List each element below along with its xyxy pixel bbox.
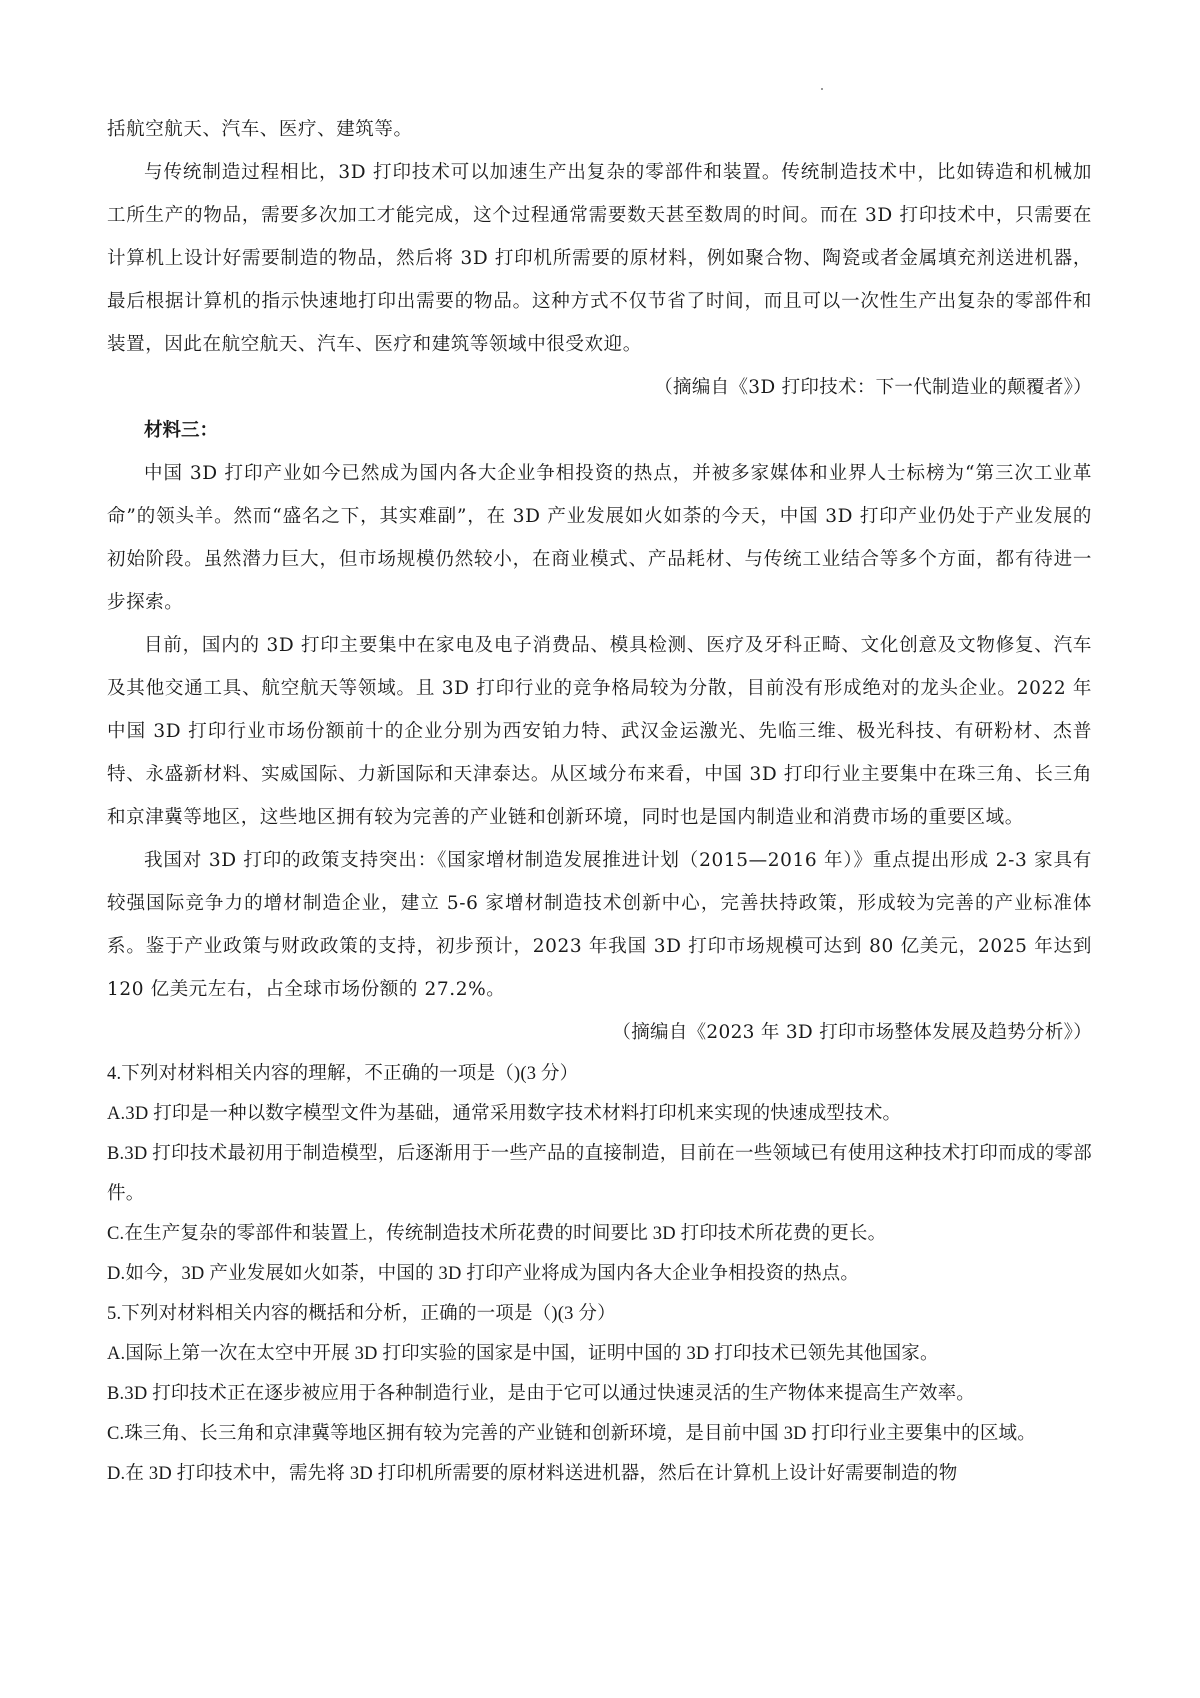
question-4-option-c: C.在生产复杂的零部件和装置上，传统制造技术所花费的时间要比 3D 打印技术所花…: [107, 1214, 1092, 1254]
material3-paragraph-2: 目前，国内的 3D 打印主要集中在家电及电子消费品、模具检测、医疗及牙科正畸、文…: [107, 624, 1092, 839]
document-page: 括航空航天、汽车、医疗、建筑等。 与传统制造过程相比，3D 打印技术可以加速生产…: [107, 108, 1092, 1494]
question-4-option-b: B.3D 打印技术最初用于制造模型，后逐渐用于一些产品的直接制造，目前在一些领域…: [107, 1134, 1092, 1214]
question-4-stem: 4.下列对材料相关内容的理解，不正确的一项是（)(3 分）: [107, 1054, 1092, 1094]
material2-continuation-line: 括航空航天、汽车、医疗、建筑等。: [107, 108, 1092, 151]
question-4: 4.下列对材料相关内容的理解，不正确的一项是（)(3 分） A.3D 打印是一种…: [107, 1054, 1092, 1294]
question-5-option-c: C.珠三角、长三角和京津冀等地区拥有较为完善的产业链和创新环境，是目前中国 3D…: [107, 1414, 1092, 1454]
question-4-option-d: D.如今，3D 产业发展如火如荼，中国的 3D 打印产业将成为国内各大企业争相投…: [107, 1254, 1092, 1294]
scan-speck: [821, 88, 823, 90]
question-5-option-d: D.在 3D 打印技术中，需先将 3D 打印机所需要的原材料送进机器，然后在计算…: [107, 1454, 1092, 1494]
question-5: 5.下列对材料相关内容的概括和分析，正确的一项是（)(3 分） A.国际上第一次…: [107, 1294, 1092, 1494]
material3-source-citation: （摘编自《2023 年 3D 打印市场整体发展及趋势分析》）: [107, 1011, 1092, 1054]
material3-paragraph-3: 我国对 3D 打印的政策支持突出：《国家增材制造发展推进计划（2015—2016…: [107, 839, 1092, 1011]
material2-paragraph: 与传统制造过程相比，3D 打印技术可以加速生产出复杂的零部件和装置。传统制造技术…: [107, 151, 1092, 366]
question-5-stem: 5.下列对材料相关内容的概括和分析，正确的一项是（)(3 分）: [107, 1294, 1092, 1334]
material2-source-citation: （摘编自《3D 打印技术：下一代制造业的颠覆者》）: [107, 366, 1092, 409]
question-4-option-a: A.3D 打印是一种以数字模型文件为基础，通常采用数字技术材料打印机来实现的快速…: [107, 1094, 1092, 1134]
question-5-option-b: B.3D 打印技术正在逐步被应用于各种制造行业，是由于它可以通过快速灵活的生产物…: [107, 1374, 1092, 1414]
question-5-option-a: A.国际上第一次在太空中开展 3D 打印实验的国家是中国，证明中国的 3D 打印…: [107, 1334, 1092, 1374]
material3-heading: 材料三：: [144, 409, 1092, 452]
material3-paragraph-1: 中国 3D 打印产业如今已然成为国内各大企业争相投资的热点，并被多家媒体和业界人…: [107, 452, 1092, 624]
